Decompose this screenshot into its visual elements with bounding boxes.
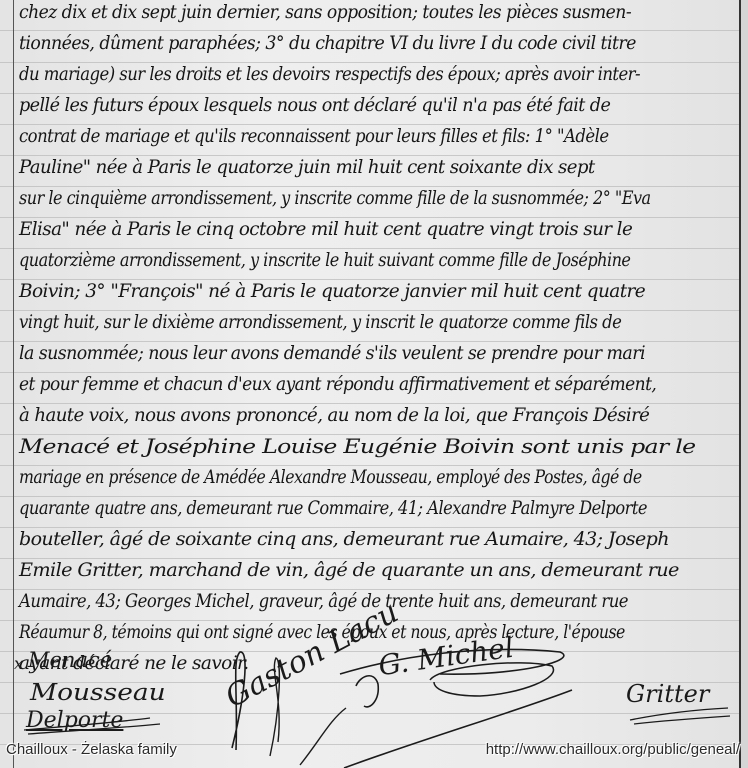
ruled-line [0, 527, 748, 528]
document-scan: chez dix et dix sept juin dernier, sans … [0, 0, 748, 768]
ruled-line [0, 124, 748, 125]
ruled-line [0, 248, 748, 249]
text-line: Emile Gritter, marchand de vin, âgé de q… [19, 560, 679, 581]
text-line: quatorzième arrondissement, y inscrite l… [19, 250, 630, 271]
ruled-line [0, 341, 748, 342]
ruled-line [0, 403, 748, 404]
ruled-line [0, 279, 748, 280]
caption-family: Chailloux - Żelaska family [6, 741, 177, 758]
text-line: la susnommée; nous leur avons demandé s'… [19, 343, 645, 364]
text-line: Aumaire, 43; Georges Michel, graveur, âg… [19, 591, 628, 612]
ruled-line [0, 217, 748, 218]
ruled-line [0, 558, 748, 559]
ruled-line [0, 465, 748, 466]
ruled-line [0, 310, 748, 311]
ruled-line [0, 155, 748, 156]
text-line: tionnées, dûment paraphées; 3° du chapit… [19, 33, 636, 54]
text-line: contrat de mariage et qu'ils reconnaisse… [19, 126, 609, 147]
ruled-line [0, 372, 748, 373]
ruled-line [0, 496, 748, 497]
ruled-line [0, 62, 748, 63]
text-line: du mariage) sur les droits et les devoir… [19, 64, 640, 85]
text-line: chez dix et dix sept juin dernier, sans … [19, 2, 631, 23]
text-line: vingt huit, sur le dixième arrondissemen… [19, 312, 621, 333]
text-line: pellé les futurs époux lesquels nous ont… [19, 95, 610, 116]
ruled-line [0, 589, 748, 590]
text-line: Menacé et Joséphine Louise Eugénie Boivi… [19, 434, 695, 458]
ruled-line [0, 93, 748, 94]
text-line: à haute voix, nous avons prononcé, au no… [19, 405, 649, 426]
ruled-line [0, 186, 748, 187]
text-line: bouteller, âgé de soixante cinq ans, dem… [19, 529, 669, 550]
text-line: sur le cinquième arrondissement, y inscr… [19, 188, 651, 209]
text-line: Pauline" née à Paris le quatorze juin mi… [19, 157, 595, 178]
text-line: et pour femme et chacun d'eux ayant répo… [19, 374, 656, 395]
text-line: quarante quatre ans, demeurant rue Comma… [19, 498, 647, 519]
text-line: Boivin; 3° "François" né à Paris le quat… [19, 281, 645, 302]
text-line: Elisa" née à Paris le cinq octobre mil h… [19, 219, 632, 240]
ruled-line [0, 30, 748, 31]
caption-url[interactable]: http://www.chailloux.org/public/geneal/ [486, 741, 740, 758]
text-line: mariage en présence de Amédée Alexandre … [19, 467, 642, 488]
